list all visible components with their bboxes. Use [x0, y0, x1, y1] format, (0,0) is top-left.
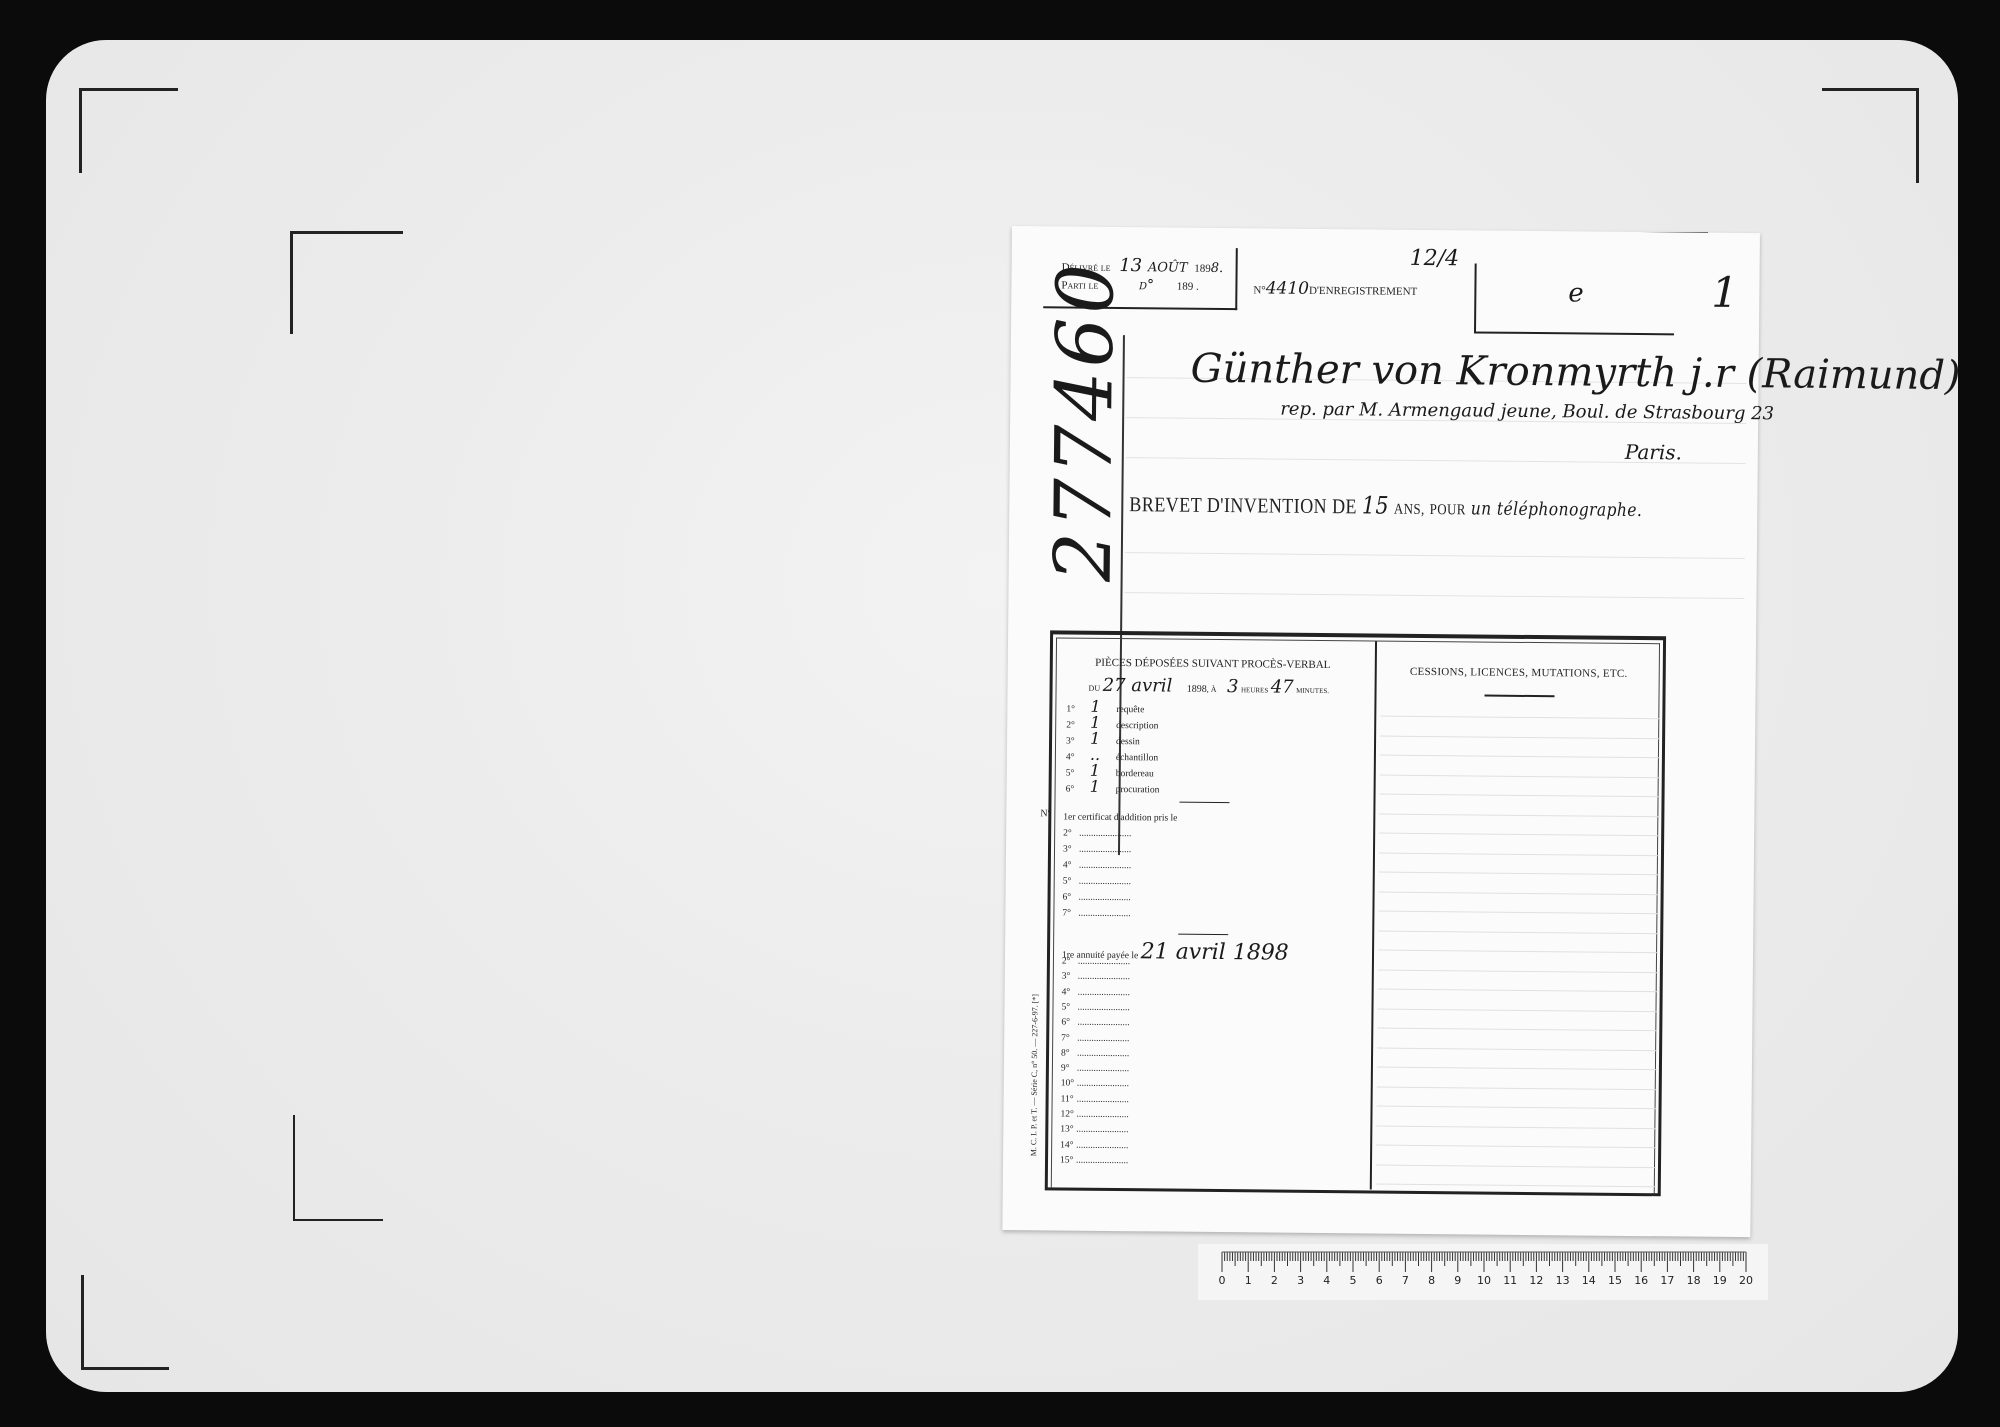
printer-imprint: M. C. I. P. et T. — Série C, n° 50. — 22… [1029, 896, 1040, 1156]
ruler-ticks [1198, 1244, 1768, 1300]
dotted-row: 6°...................... [1061, 1018, 1129, 1029]
row-ordinal: 13° [1060, 1125, 1076, 1135]
row-ordinal: 6° [1063, 893, 1079, 903]
registration-number: N°4410D'ENREGISTREMENT [1253, 278, 1417, 300]
row-dots: ...................... [1079, 845, 1131, 856]
cessions-ruled-line [1377, 1106, 1657, 1110]
row-ordinal: 5° [1063, 877, 1079, 887]
ruler-label: 12 [1529, 1274, 1543, 1287]
ruled-line [1125, 552, 1745, 559]
row-ordinal: 3° [1062, 972, 1078, 982]
cessions-ruled-line [1376, 1125, 1656, 1129]
cessions-ruled-line [1377, 1086, 1657, 1090]
dotted-row: 9°...................... [1061, 1064, 1129, 1075]
cessions-ruled-line [1376, 1145, 1656, 1149]
row-dots: ...................... [1077, 1064, 1129, 1075]
row-ordinal: 7° [1061, 1033, 1077, 1043]
cessions-ruled-line [1377, 1047, 1657, 1051]
row-ordinal: 5° [1061, 1002, 1077, 1012]
brevet-pour: POUR [1430, 502, 1466, 518]
row-ordinal: 11° [1061, 1094, 1077, 1104]
row-ordinal: 9° [1061, 1064, 1077, 1074]
ruler-label: 4 [1323, 1274, 1330, 1287]
row-dots: ...................... [1077, 1033, 1129, 1044]
cessions-ruled-line [1378, 989, 1658, 993]
cessions-ruled-line [1380, 774, 1660, 778]
owner-city: Paris. [1625, 440, 1682, 465]
certificat-list: 2°......................3°..............… [1053, 634, 1663, 640]
row-ordinal: 6° [1061, 1018, 1077, 1028]
cessions-ruled-area [1053, 634, 1663, 640]
ruler-label: 10 [1477, 1274, 1491, 1287]
brevet-prefix: BREVET D'INVENTION DE [1129, 492, 1357, 518]
ruler-label: 18 [1687, 1274, 1701, 1287]
registration-value: 4410 [1266, 278, 1309, 298]
crop-mark-top-right-outer [1822, 88, 1919, 183]
ruler-label: 0 [1219, 1274, 1226, 1287]
brevet-object: un téléphonographe. [1471, 498, 1643, 521]
ruler-label: 5 [1350, 1274, 1357, 1287]
patent-number: 277460 [1039, 301, 1132, 582]
cessions-ruled-line [1379, 833, 1659, 837]
pieces-title: PIÈCES DÉPOSÉES SUIVANT PROCÈS-VERBAL [1053, 656, 1373, 671]
row-dots: ...................... [1076, 1156, 1128, 1167]
row-dots: ...................... [1076, 1140, 1128, 1151]
row-dots: ...................... [1077, 1079, 1129, 1090]
cessions-ruled-line [1379, 872, 1659, 876]
ruler-label: 20 [1739, 1274, 1753, 1287]
section-rule [1178, 934, 1228, 935]
brevet-line: BREVET D'INVENTION DE 15 ANS, POUR un té… [1129, 489, 1642, 522]
corner-mark: 1 [1711, 268, 1738, 317]
cessions-rule [1485, 695, 1555, 698]
cessions-ruled-line [1377, 1067, 1657, 1071]
ruler-label: 6 [1376, 1274, 1383, 1287]
dotted-row: 8°...................... [1061, 1048, 1129, 1059]
pv-year: 1898 [1187, 684, 1207, 695]
crop-mark-top-left-inner [290, 231, 403, 334]
pv-minutes: 47 [1271, 677, 1294, 698]
ruler-label: 15 [1608, 1274, 1622, 1287]
ruler-label: 13 [1556, 1274, 1570, 1287]
proces-verbal-date: DU 27 avril 1898, À 3 HEURES 47 MINUTES. [1088, 675, 1329, 698]
cessions-ruled-line [1376, 1164, 1656, 1168]
crop-mark-bottom-left-inner [293, 1115, 383, 1221]
cessions-ruled-line [1376, 1184, 1656, 1188]
registration-prefix: N° [1253, 284, 1265, 296]
row-ordinal: 7° [1062, 909, 1078, 919]
du-label: DU [1089, 684, 1101, 693]
cessions-ruled-line [1378, 930, 1658, 934]
row-ordinal: 14° [1060, 1140, 1076, 1150]
dotted-row: 11°...................... [1061, 1094, 1129, 1105]
annuity-list: 2°......................3°..............… [1053, 634, 1663, 640]
row-dots: ...................... [1078, 957, 1130, 968]
row-dots: ...................... [1078, 909, 1130, 920]
classification-box: e [1474, 263, 1675, 335]
ruled-line [1124, 592, 1744, 599]
ruler-label: 3 [1297, 1274, 1304, 1287]
delivre-year-suffix: 8. [1211, 261, 1224, 276]
dotted-row: 15°...................... [1060, 1155, 1128, 1166]
ruler-label: 2 [1271, 1274, 1278, 1287]
piece-label: procuration [1116, 785, 1160, 795]
row-dots: ...................... [1076, 1110, 1128, 1121]
row-ordinal: 12° [1060, 1110, 1076, 1120]
row-dots: ...................... [1078, 987, 1130, 998]
minutes-label: MINUTES. [1296, 687, 1329, 695]
dotted-row: 6°...................... [1063, 893, 1131, 904]
registration-label: D'ENREGISTREMENT [1309, 285, 1417, 298]
row-ordinal: 4° [1062, 987, 1078, 997]
brevet-years: 15 [1362, 491, 1389, 519]
heures-label: HEURES [1241, 686, 1268, 694]
row-dots: ...................... [1079, 893, 1131, 904]
cessions-ruled-line [1380, 716, 1660, 720]
cessions-ruled-line [1380, 755, 1660, 759]
parti-value: d° [1139, 277, 1154, 293]
crop-mark-bottom-left-outer [81, 1275, 169, 1370]
dotted-row: 5°...................... [1061, 1002, 1129, 1013]
dotted-row: 4°...................... [1062, 987, 1130, 998]
cessions-ruled-line [1378, 950, 1658, 954]
pv-hour: 3 [1227, 676, 1239, 697]
ruler-label: 8 [1428, 1274, 1435, 1287]
cessions-ruled-line [1378, 1008, 1658, 1012]
row-dots: ...................... [1077, 1048, 1129, 1059]
record-table: PIÈCES DÉPOSÉES SUIVANT PROCÈS-VERBAL DU… [1045, 630, 1666, 1196]
row-dots: ...................... [1079, 861, 1131, 872]
brevet-ans: ANS, [1394, 502, 1425, 518]
row-dots: ...................... [1077, 1094, 1129, 1105]
row-ordinal: 15° [1060, 1155, 1076, 1165]
piece-row: 6°1procuration [1066, 777, 1160, 797]
certificat-first-row: 1er certificat d'addition pris le [1063, 813, 1177, 824]
row-ordinal: 3° [1063, 845, 1079, 855]
dotted-row: 3°...................... [1062, 972, 1130, 983]
cessions-ruled-line [1380, 794, 1660, 798]
row-dots: ...................... [1079, 877, 1131, 888]
dotted-row: 5°...................... [1063, 877, 1131, 888]
dotted-row: 12°...................... [1060, 1110, 1128, 1121]
cessions-title: CESSIONS, LICENCES, MUTATIONS, ETC. [1375, 666, 1663, 681]
parti-year-suffix: . [1196, 281, 1199, 293]
ruler-label: 7 [1402, 1274, 1409, 1287]
piece-ordinal: 6° [1066, 785, 1090, 795]
page-fraction: 12/4 [1410, 246, 1460, 271]
row-dots: ...................... [1079, 829, 1131, 840]
pv-date: 27 avril [1103, 675, 1173, 697]
column-divider [1370, 642, 1377, 1190]
pieces-list: 1°1requête2°1description3°1dessin4°..éch… [1053, 634, 1663, 640]
cessions-ruled-line [1379, 813, 1659, 817]
row-ordinal: 4° [1063, 861, 1079, 871]
certificat-first-label: 1er certificat d'addition pris le [1063, 813, 1177, 824]
section-rule [1179, 802, 1229, 803]
dotted-row: 4°...................... [1063, 861, 1131, 872]
row-dots: ...................... [1077, 1003, 1129, 1014]
cessions-ruled-line [1378, 911, 1658, 915]
delivre-year-prefix: 189 [1194, 263, 1211, 275]
ruler-label: 19 [1713, 1274, 1727, 1287]
parti-year-prefix: 189 [1177, 281, 1194, 293]
ruler-label: 1 [1245, 1274, 1252, 1287]
dotted-row: 2°...................... [1063, 829, 1131, 840]
dotted-row: 10°...................... [1061, 1079, 1129, 1090]
scale-ruler: 01234567891011121314151617181920 [1198, 1244, 1768, 1300]
annuity-first-value: 21 avril 1898 [1141, 939, 1289, 965]
row-ordinal: 2° [1062, 957, 1078, 967]
row-ordinal: 2° [1063, 829, 1079, 839]
cessions-ruled-line [1377, 1028, 1657, 1032]
dotted-row: 14°...................... [1060, 1140, 1128, 1151]
patent-register-card: Délivré le 13 août 1898. Parti le d° 189… [1002, 226, 1760, 1237]
classification-mark: e [1568, 278, 1584, 308]
ruler-label: 14 [1582, 1274, 1596, 1287]
cessions-ruled-line [1378, 969, 1658, 973]
row-ordinal: 8° [1061, 1048, 1077, 1058]
owner-name: Günther von Kronmyrth j.r (Raimund) [1190, 346, 1960, 399]
crop-mark-top-left-outer [79, 88, 178, 173]
dotted-row: 2°...................... [1062, 957, 1130, 968]
cessions-ruled-line [1379, 852, 1659, 856]
dotted-row: 13°...................... [1060, 1125, 1128, 1136]
row-dots: ...................... [1078, 972, 1130, 983]
dotted-row: 3°...................... [1063, 845, 1131, 856]
row-ordinal: 10° [1061, 1079, 1077, 1089]
cessions-ruled-line [1380, 735, 1660, 739]
dotted-row: 7°...................... [1062, 909, 1130, 920]
dotted-row: 7°...................... [1061, 1033, 1129, 1044]
ruler-label: 11 [1503, 1274, 1517, 1287]
row-dots: ...................... [1077, 1018, 1129, 1029]
cessions-ruled-line [1379, 891, 1659, 895]
ruler-label: 17 [1660, 1274, 1674, 1287]
a-label: , À [1207, 685, 1217, 694]
ruler-label: 16 [1634, 1274, 1648, 1287]
ruler-label: 9 [1454, 1274, 1461, 1287]
owner-representative: rep. par M. Armengaud jeune, Boul. de St… [1280, 399, 1774, 425]
row-dots: ...................... [1076, 1125, 1128, 1136]
piece-count: 1 [1090, 777, 1116, 796]
